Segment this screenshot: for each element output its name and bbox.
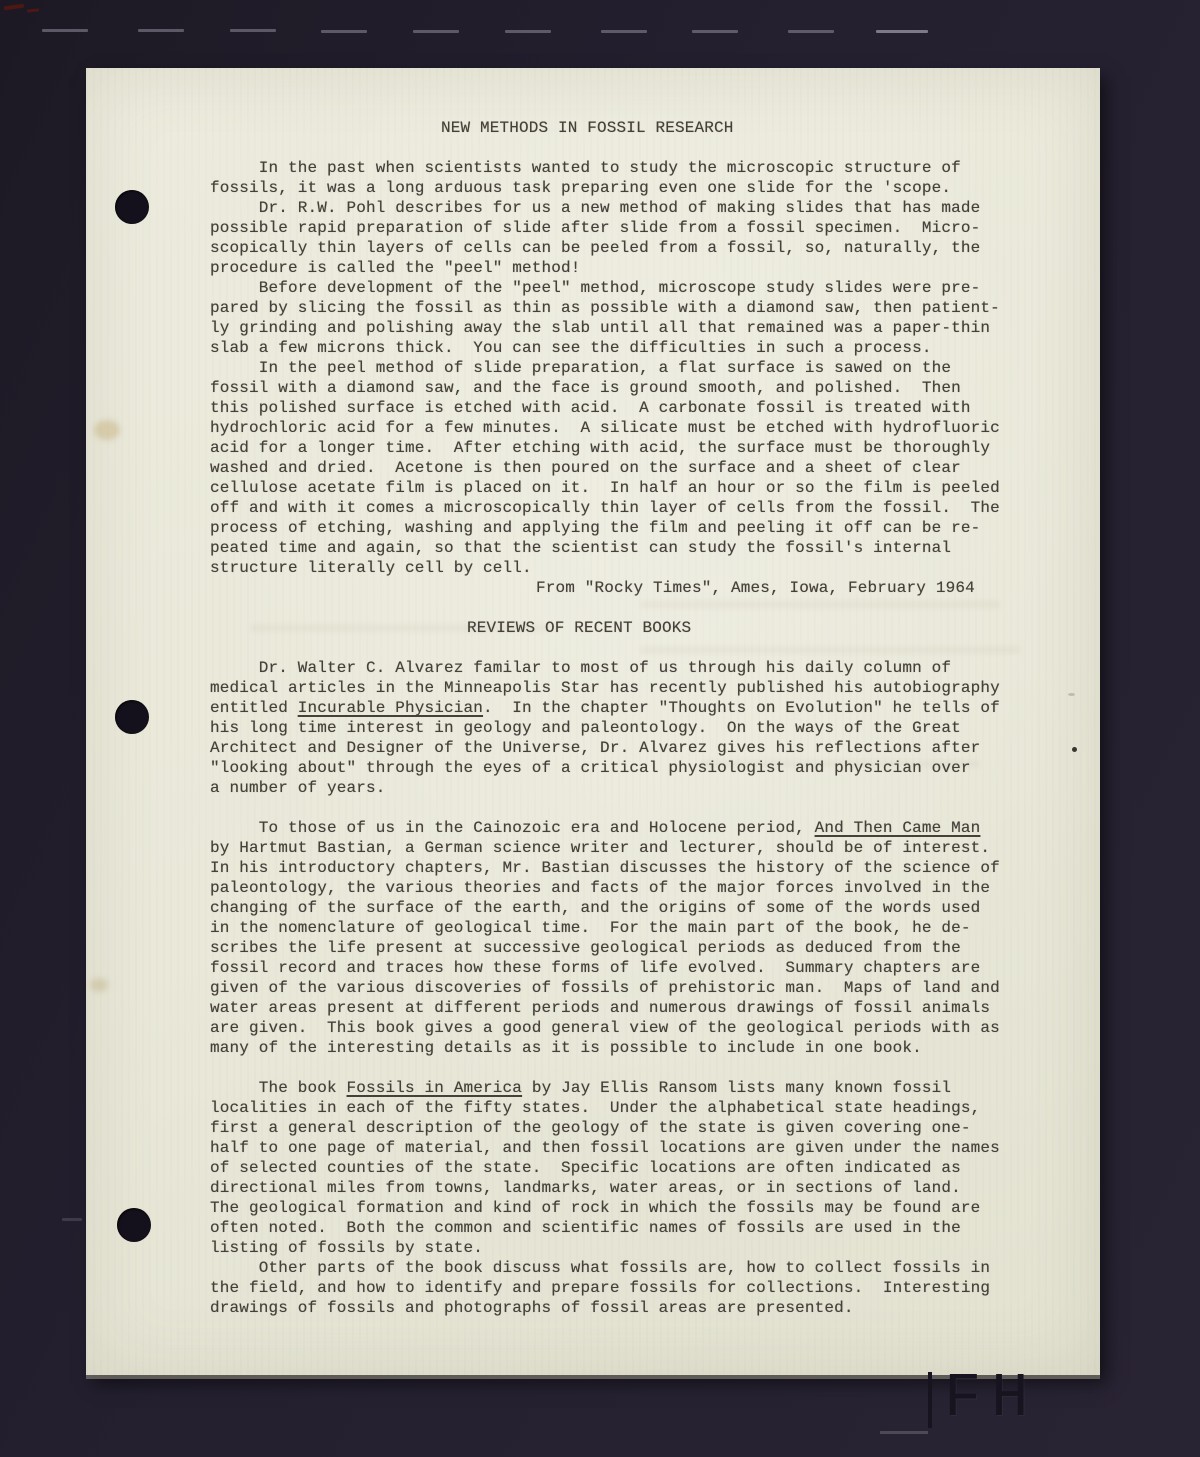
text-line: washed and dried. Acetone is then poured… [210, 458, 1022, 478]
text-line: pared by slicing the fossil as thin as p… [210, 298, 1022, 318]
paragraph: Dr. Walter C. Alvarez familar to most of… [210, 658, 1022, 798]
text-line: ly grinding and polishing away the slab … [210, 318, 1022, 338]
scan-artifact-dash [138, 29, 184, 32]
text-line: In the peel method of slide preparation,… [210, 358, 1022, 378]
text-line: drawings of fossils and photographs of f… [210, 1298, 1022, 1318]
punch-hole-middle [115, 700, 149, 734]
paragraph: In the past when scientists wanted to st… [210, 158, 1022, 198]
article-body: In the past when scientists wanted to st… [210, 158, 1022, 578]
text-line: process of etching, washing and applying… [210, 518, 1022, 538]
text-line: acid for a longer time. After etching wi… [210, 438, 1022, 458]
text-line: half to one page of material, and then f… [210, 1138, 1022, 1158]
text-line: first a general description of the geolo… [210, 1118, 1022, 1138]
text-line: many of the interesting details as it is… [210, 1038, 1022, 1058]
scan-artifact-dash [62, 1218, 82, 1221]
text-line: The book Fossils in America by Jay Ellis… [210, 1078, 1022, 1098]
text-line: changing of the surface of the earth, an… [210, 898, 1022, 918]
text-line: fossils, it was a long arduous task prep… [210, 178, 1022, 198]
text-line: In the past when scientists wanted to st… [210, 158, 1022, 178]
scan-artifact-dash [880, 1431, 928, 1434]
source-attribution: From "Rocky Times", Ames, Iowa, February… [536, 578, 1022, 598]
text-line: The geological formation and kind of roc… [210, 1198, 1022, 1218]
paragraph: In the peel method of slide preparation,… [210, 358, 1022, 578]
text-line: paleontology, the various theories and f… [210, 878, 1022, 898]
paper-stain [90, 978, 108, 992]
text-line: by Hartmut Bastian, a German science wri… [210, 838, 1022, 858]
scan-artifact-dash [413, 30, 459, 33]
scan-artifact-dash [505, 30, 551, 33]
text-line: procedure is called the "peel" method! [210, 258, 1022, 278]
text-line: a number of years. [210, 778, 1022, 798]
text-line: localities in each of the fifty states. … [210, 1098, 1022, 1118]
document-text: NEW METHODS IN FOSSIL RESEARCH In the pa… [210, 118, 1022, 1318]
scan-artifact-dash [692, 30, 738, 33]
text-line: Dr. R.W. Pohl describes for us a new met… [210, 198, 1022, 218]
paragraph: The book Fossils in America by Jay Ellis… [210, 1078, 1022, 1258]
scan-artifact-dash [230, 29, 276, 32]
document-page: NEW METHODS IN FOSSIL RESEARCH In the pa… [86, 68, 1100, 1375]
text-line: scopically thin layers of cells can be p… [210, 238, 1022, 258]
text-line: water areas present at different periods… [210, 998, 1022, 1018]
scan-artifact-red-mark [27, 8, 39, 12]
text-line: in the nomenclature of geological time. … [210, 918, 1022, 938]
scan-artifact-dash [876, 30, 928, 33]
text-line: "looking about" through the eyes of a cr… [210, 758, 1022, 778]
text-line: scribes the life present at successive g… [210, 938, 1022, 958]
text-line: directional miles from towns, landmarks,… [210, 1178, 1022, 1198]
text-line: off and with it comes a microscopically … [210, 498, 1022, 518]
text-line: given of the various discoveries of foss… [210, 978, 1022, 998]
text-line: slab a few microns thick. You can see th… [210, 338, 1022, 358]
text-line: are given. This book gives a good genera… [210, 1018, 1022, 1038]
text-line: his long time interest in geology and pa… [210, 718, 1022, 738]
text-line: often noted. Both the common and scienti… [210, 1218, 1022, 1238]
reviews-body: Dr. Walter C. Alvarez familar to most of… [210, 658, 1022, 1318]
text-line: cellulose acetate film is placed on it. … [210, 478, 1022, 498]
text-line: Dr. Walter C. Alvarez familar to most of… [210, 658, 1022, 678]
text-line: possible rapid preparation of slide afte… [210, 218, 1022, 238]
text-line: this polished surface is etched with aci… [210, 398, 1022, 418]
reviews-heading: REVIEWS OF RECENT BOOKS [467, 618, 1022, 638]
text-line: peated time and again, so that the scien… [210, 538, 1022, 558]
text-line: Architect and Designer of the Universe, … [210, 738, 1022, 758]
scan-artifact-ghost-mark: FH [944, 1368, 1038, 1430]
scan-artifact-red-mark [4, 4, 24, 11]
paper-stain [94, 420, 120, 440]
scan-artifact-ghost-bar [928, 1372, 932, 1428]
text-line: fossil record and traces how these forms… [210, 958, 1022, 978]
text-line: hydrochloric acid for a few minutes. A s… [210, 418, 1022, 438]
text-line: the field, and how to identify and prepa… [210, 1278, 1022, 1298]
punch-hole-top [115, 190, 149, 224]
text-line: structure literally cell by cell. [210, 558, 1022, 578]
paragraph: Before development of the "peel" method,… [210, 278, 1022, 358]
text-line: entitled Incurable Physician. In the cha… [210, 698, 1022, 718]
text-line: Before development of the "peel" method,… [210, 278, 1022, 298]
scan-artifact-dash [321, 30, 367, 33]
scan-artifact-dash [788, 30, 834, 33]
text-line: medical articles in the Minneapolis Star… [210, 678, 1022, 698]
text-line: In his introductory chapters, Mr. Bastia… [210, 858, 1022, 878]
paper-speck [1072, 747, 1077, 752]
text-line: Other parts of the book discuss what fos… [210, 1258, 1022, 1278]
punch-hole-bottom [117, 1208, 151, 1242]
text-line: To those of us in the Cainozoic era and … [210, 818, 1022, 838]
paper-speck [1068, 693, 1075, 696]
article-title: NEW METHODS IN FOSSIL RESEARCH [441, 118, 1022, 138]
scan-artifact-dash [42, 29, 88, 32]
text-line: of selected counties of the state. Speci… [210, 1158, 1022, 1178]
paragraph: To those of us in the Cainozoic era and … [210, 818, 1022, 1058]
paragraph: Other parts of the book discuss what fos… [210, 1258, 1022, 1318]
text-line: fossil with a diamond saw, and the face … [210, 378, 1022, 398]
scan-artifact-dash [601, 30, 647, 33]
text-line: listing of fossils by state. [210, 1238, 1022, 1258]
paragraph: Dr. R.W. Pohl describes for us a new met… [210, 198, 1022, 278]
